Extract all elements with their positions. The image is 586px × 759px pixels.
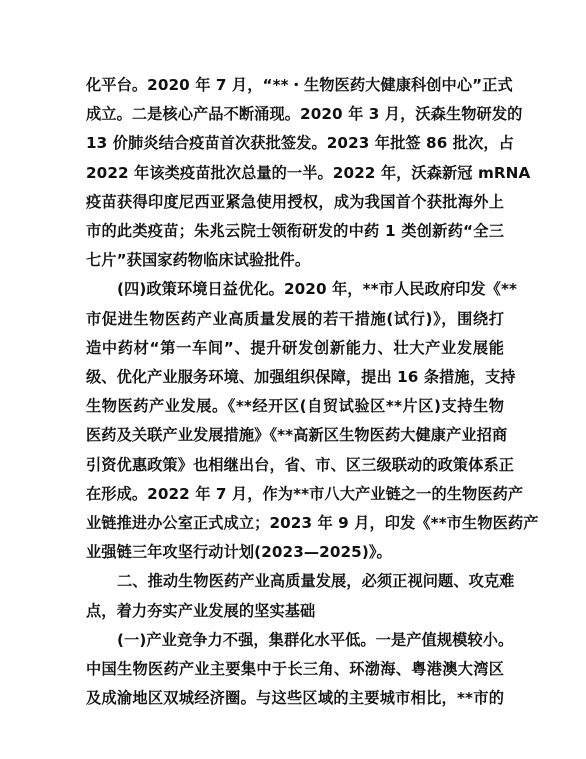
text-line: 生物医药产业发展。《**经开区(自贸试验区**片区)支持生物 (86, 392, 504, 421)
text-line: 七片”获国家药物临床试验批件。 (86, 246, 504, 275)
text-line: 造中药材“第一车间”、提升研发创新能力、壮大产业发展能 (86, 334, 504, 363)
text-line: 成立。二是核心产品不断涌现。2020 年 3 月，沃森生物研发的 (86, 100, 504, 129)
text-line: 二、推动生物医药产业高质量发展，必须正视问题、攻克难 (86, 567, 504, 596)
paragraph-industry-competitiveness: (一)产业竞争力不强，集群化水平低。一是产值规模较小。 中国生物医药产业主要集中… (86, 626, 504, 714)
text-line: 业强链三年攻坚行动计划(2023—2025)》。 (86, 538, 504, 567)
text-line: 医药及关联产业发展措施》《**高新区生物医药大健康产业招商 (86, 421, 504, 450)
text-line: 在形成。2022 年 7 月，作为**市八大产业链之一的生物医药产 (86, 480, 504, 509)
text-line: 市促进生物医药产业高质量发展的若干措施(试行)》，围绕打 (86, 305, 504, 334)
text-line: 引资优惠政策》也相继出台，省、市、区三级联动的政策体系正 (86, 451, 504, 480)
section-heading: 二、推动生物医药产业高质量发展，必须正视问题、攻克难 点，着力夯实产业发展的坚实… (86, 567, 504, 625)
text-line: 中国生物医药产业主要集中于长三角、环渤海、粤港澳大湾区 (86, 655, 504, 684)
text-line: 及成渝地区双城经济圈。与这些区域的主要城市相比，**市的 (86, 684, 504, 713)
text-line: (一)产业竞争力不强，集群化水平低。一是产值规模较小。 (86, 626, 504, 655)
text-line: 市的此类疫苗；朱兆云院士领衔研发的中药 1 类创新药“全三 (86, 217, 504, 246)
text-line: (四)政策环境日益优化。2020 年，**市人民政府印发《** (86, 275, 504, 304)
paragraph-policy-environment: (四)政策环境日益优化。2020 年，**市人民政府印发《** 市促进生物医药产… (86, 275, 504, 567)
text-line: 化平台。2020 年 7 月，“**・生物医药大健康科创中心”正式 (86, 71, 504, 100)
text-line: 2022 年该类疫苗批次总量的一半。2022 年，沃森新冠 mRNA (86, 159, 504, 188)
document-page: 化平台。2020 年 7 月，“**・生物医药大健康科创中心”正式 成立。二是核… (86, 71, 504, 713)
text-line: 13 价肺炎结合疫苗首次获批签发。2023 年批签 86 批次，占 (86, 129, 504, 158)
text-line: 级、优化产业服务环境、加强组织保障，提出 16 条措施，支持 (86, 363, 504, 392)
text-line: 业链推进办公室正式成立；2023 年 9 月，印发《**市生物医药产 (86, 509, 504, 538)
text-line: 疫苗获得印度尼西亚紧急使用授权，成为我国首个获批海外上 (86, 188, 504, 217)
paragraph-platform-continuation: 化平台。2020 年 7 月，“**・生物医药大健康科创中心”正式 成立。二是核… (86, 71, 504, 275)
text-line: 点，着力夯实产业发展的坚实基础 (86, 597, 504, 626)
